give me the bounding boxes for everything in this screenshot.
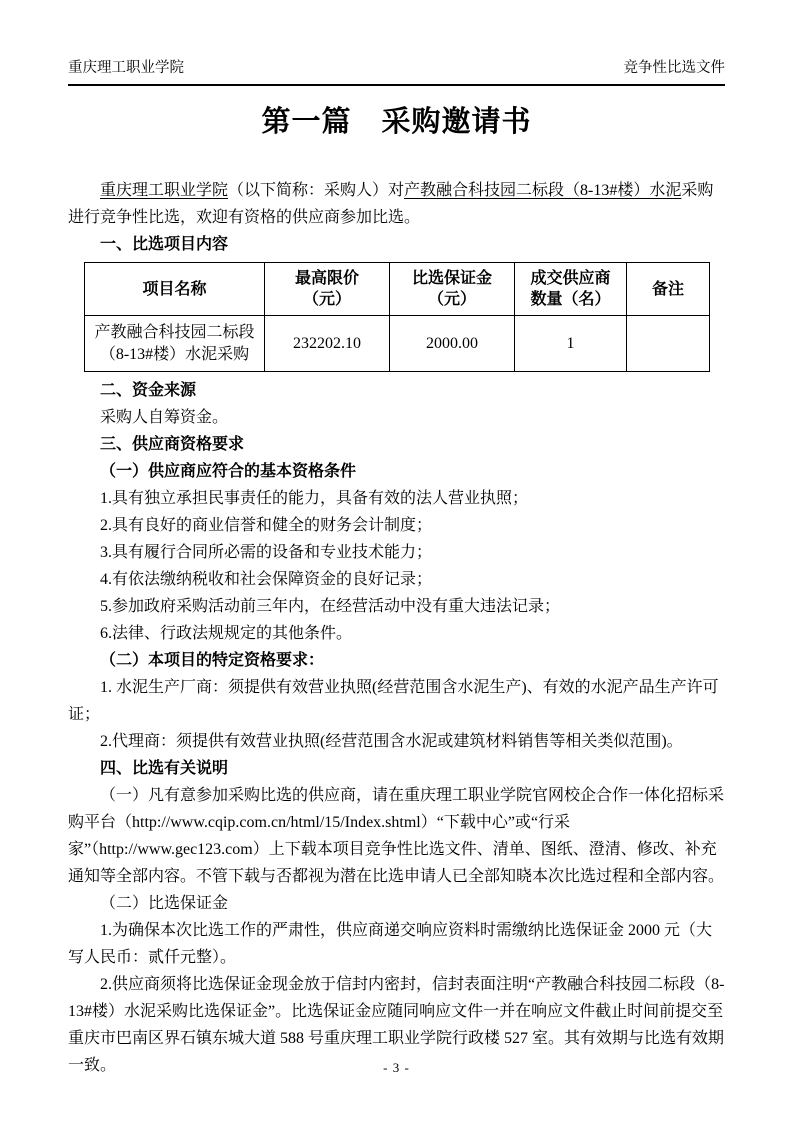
cell-deposit: 2000.00 <box>390 316 515 372</box>
qualification-item-6: 6.法律、行政法规规定的其他条件。 <box>68 620 725 647</box>
intro-middle-text: （以下简称：采购人）对 <box>228 182 404 199</box>
project-name-underlined: 产教融合科技园二标段（8-13#楼）水泥 <box>404 182 681 199</box>
cell-max-price: 232202.10 <box>265 316 390 372</box>
col-header-remark: 备注 <box>627 263 710 316</box>
section4-sub2-heading: （二）比选保证金 <box>68 890 725 917</box>
section2-body: 采购人自筹资金。 <box>68 404 725 431</box>
document-page: 重庆理工职业学院 竞争性比选文件 第一篇 采购邀请书 重庆理工职业学院（以下简称… <box>0 0 793 1122</box>
qualification-item-5: 5.参加政府采购活动前三年内，在经营活动中没有重大违法记录； <box>68 593 725 620</box>
specific-requirement-1: 1. 水泥生产厂商：须提供有效营业执照(经营范围含水泥生产)、有效的水泥产品生产… <box>68 674 725 728</box>
section3-sub2-heading: （二）本项目的特定资格要求： <box>68 647 725 674</box>
col-header-deposit: 比选保证金 （元） <box>390 263 515 316</box>
purchaser-name-underlined: 重庆理工职业学院 <box>100 182 228 199</box>
section3-heading: 三、供应商资格要求 <box>68 431 725 458</box>
deposit-paragraph-1: 1.为确保本次比选工作的严肃性，供应商递交响应资料时需缴纳比选保证金 2000 … <box>68 917 725 971</box>
cqip-platform-url: http://www.cqip.com.cn/html/15/Index.sht… <box>132 814 421 831</box>
cell-project-name: 产教融合科技园二标段 （8-13#楼）水泥采购 <box>85 316 265 372</box>
qualification-item-2: 2.具有良好的商业信誉和健全的财务会计制度； <box>68 512 725 539</box>
col-header-winner-count: 成交供应商 数量（名） <box>515 263 627 316</box>
document-title: 第一篇 采购邀请书 <box>68 99 725 140</box>
header-right-text: 竞争性比选文件 <box>624 56 726 77</box>
section3-sub1-heading: （一）供应商应符合的基本资格条件 <box>68 458 725 485</box>
table-row: 产教融合科技园二标段 （8-13#楼）水泥采购 232202.10 2000.0… <box>85 316 710 372</box>
section4-heading: 四、比选有关说明 <box>68 755 725 782</box>
cell-remark <box>627 316 710 372</box>
header-left-text: 重庆理工职业学院 <box>68 56 184 77</box>
gec123-url: http://www.gec123.com <box>99 841 253 858</box>
cell-winner-count: 1 <box>515 316 627 372</box>
page-number: - 3 - <box>0 1060 793 1076</box>
section2-heading: 二、资金来源 <box>68 377 725 404</box>
qualification-item-4: 4.有依法缴纳税收和社会保障资金的良好记录； <box>68 566 725 593</box>
page-header: 重庆理工职业学院 竞争性比选文件 <box>68 56 725 86</box>
table-header-row: 项目名称 最高限价 （元） 比选保证金 （元） 成交供应商 <box>85 263 710 316</box>
specific-requirement-2: 2.代理商：须提供有效营业执照(经营范围含水泥或建筑材料销售等相关类似范围)。 <box>68 728 725 755</box>
document-body: 重庆理工职业学院（以下简称：采购人）对产教融合科技园二标段（8-13#楼）水泥采… <box>68 177 725 1079</box>
col-header-max-price: 最高限价 （元） <box>265 263 390 316</box>
qualification-item-1: 1.具有独立承担民事责任的能力，具备有效的法人营业执照； <box>68 485 725 512</box>
intro-paragraph: 重庆理工职业学院（以下简称：采购人）对产教融合科技园二标段（8-13#楼）水泥采… <box>68 177 725 231</box>
qualification-item-3: 3.具有履行合同所必需的设备和专业技术能力； <box>68 539 725 566</box>
section1-heading: 一、比选项目内容 <box>68 231 725 258</box>
project-table: 项目名称 最高限价 （元） 比选保证金 （元） 成交供应商 <box>84 262 710 372</box>
col-header-project-name: 项目名称 <box>85 263 265 316</box>
section4-para1: （一）凡有意参加采购比选的供应商，请在重庆理工职业学院官网校企合作一体化招标采购… <box>68 782 725 890</box>
